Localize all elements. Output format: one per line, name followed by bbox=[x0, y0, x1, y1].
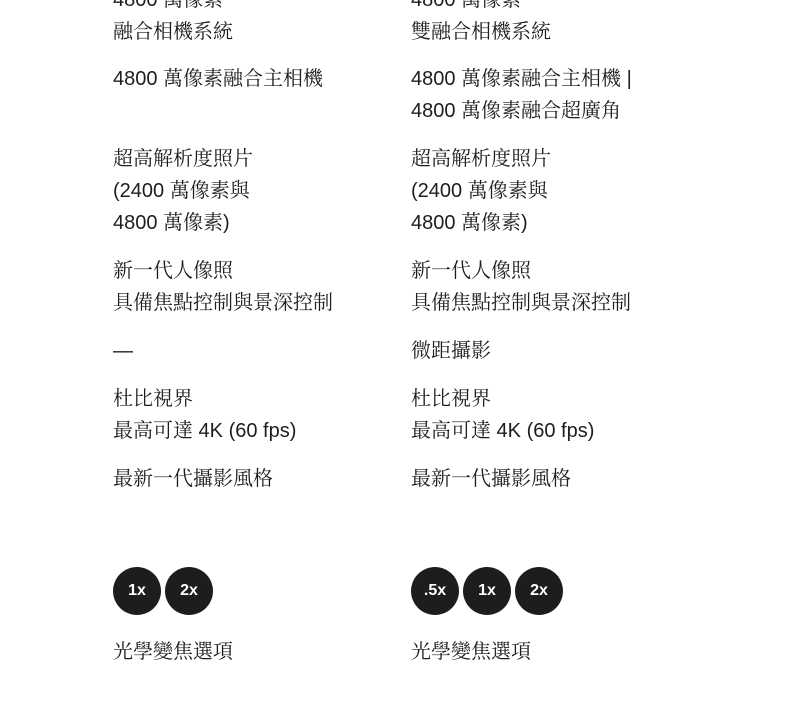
camera-system-line-2: 雙融合相機系統 bbox=[411, 16, 551, 48]
photos-line-1: 超高解析度照片 bbox=[113, 143, 253, 175]
zoom-label: 光學變焦選項 bbox=[113, 636, 233, 668]
zoom-options: .5x 1x 2x bbox=[411, 567, 563, 615]
zoom-option-2x: 2x bbox=[515, 567, 563, 615]
photos-line-3: 4800 萬像素) bbox=[113, 207, 230, 239]
camera-system-line-1: 4800 萬像素 bbox=[113, 0, 223, 16]
zoom-option-1x: 1x bbox=[463, 567, 511, 615]
zoom-options: 1x 2x bbox=[113, 567, 213, 615]
video-line-2: 最高可達 4K (60 fps) bbox=[113, 415, 296, 447]
camera-system-line-2: 融合相機系統 bbox=[113, 16, 233, 48]
zoom-label: 光學變焦選項 bbox=[411, 636, 531, 668]
photos-line-2: (2400 萬像素與 bbox=[411, 175, 548, 207]
zoom-option-1x: 1x bbox=[113, 567, 161, 615]
photos-line-2: (2400 萬像素與 bbox=[113, 175, 250, 207]
portrait-line-2: 具備焦點控制與景深控制 bbox=[411, 287, 631, 319]
video-line-1: 杜比視界 bbox=[113, 383, 193, 415]
cameras-line-1: 4800 萬像素融合主相機 bbox=[113, 63, 323, 95]
photos-line-1: 超高解析度照片 bbox=[411, 143, 551, 175]
styles-line: 最新一代攝影風格 bbox=[411, 463, 571, 495]
photos-line-3: 4800 萬像素) bbox=[411, 207, 528, 239]
zoom-option-2x: 2x bbox=[165, 567, 213, 615]
video-line-1: 杜比視界 bbox=[411, 383, 491, 415]
video-line-2: 最高可達 4K (60 fps) bbox=[411, 415, 594, 447]
styles-line: 最新一代攝影風格 bbox=[113, 463, 273, 495]
portrait-line-1: 新一代人像照 bbox=[411, 255, 531, 287]
portrait-line-2: 具備焦點控制與景深控制 bbox=[113, 287, 333, 319]
cameras-line-1: 4800 萬像素融合主相機 | bbox=[411, 63, 632, 95]
macro-line: 微距攝影 bbox=[411, 335, 491, 367]
cameras-line-2: 4800 萬像素融合超廣角 bbox=[411, 95, 621, 127]
camera-system-line-1: 4800 萬像素 bbox=[411, 0, 521, 16]
macro-line: — bbox=[113, 335, 133, 367]
portrait-line-1: 新一代人像照 bbox=[113, 255, 233, 287]
zoom-option-0-5x: .5x bbox=[411, 567, 459, 615]
